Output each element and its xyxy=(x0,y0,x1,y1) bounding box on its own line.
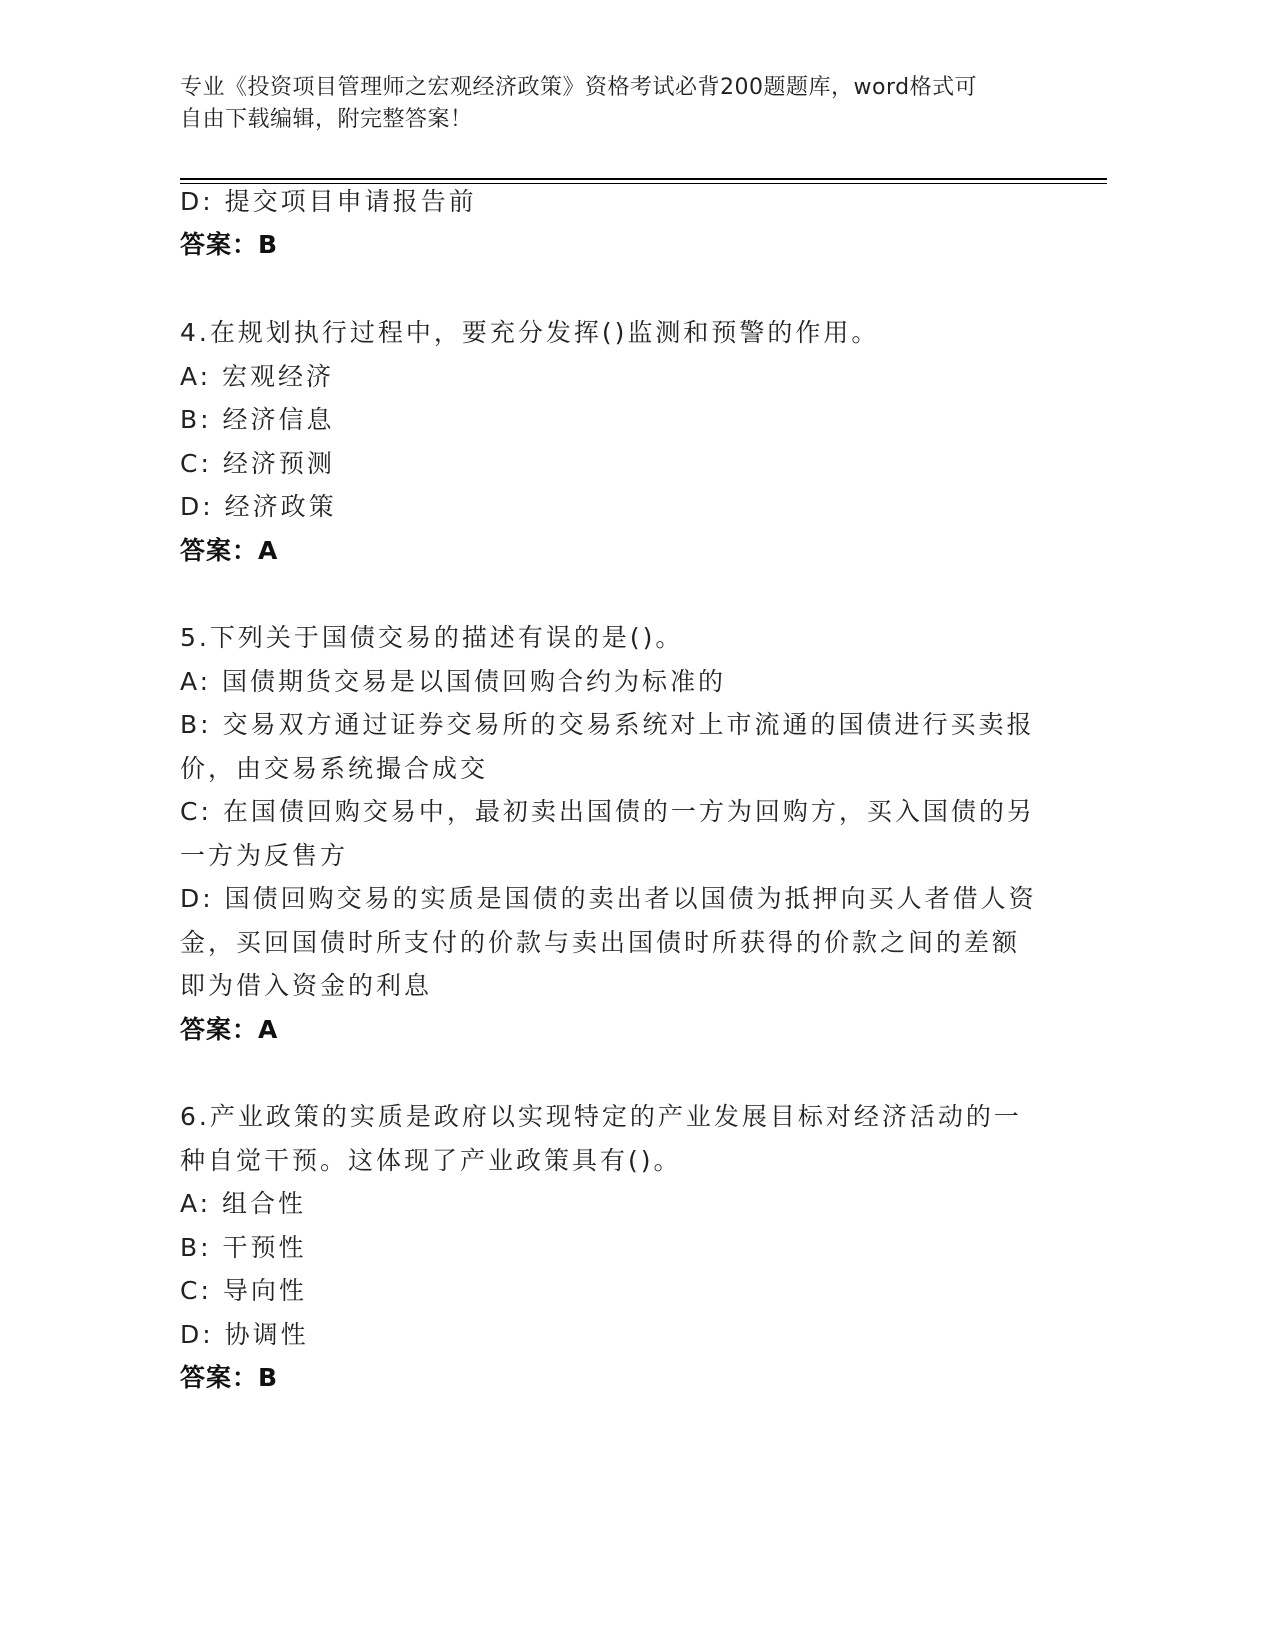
question-4-option-d: D: 经济政策 xyxy=(180,492,337,522)
question-5-option-a: A: 国债期货交易是以国债回购合约为标准的 xyxy=(180,667,726,697)
question-5-option-b-line1: B: 交易双方通过证券交易所的交易系统对上市流通的国债进行买卖报 xyxy=(180,710,1035,740)
option-d: D: 提交项目申请报告前 xyxy=(180,187,477,217)
answer-label: 答案：B xyxy=(180,230,278,260)
document-header: 专业《投资项目管理师之宏观经济政策》资格考试必背200题题库，word格式可 自… xyxy=(180,72,1040,136)
question-6-option-c: C: 导向性 xyxy=(180,1276,307,1306)
question-5-option-d-line1: D: 国债回购交易的实质是国债的卖出者以国债为抵押向买人者借人资 xyxy=(180,884,1037,914)
header-line-2: 自由下载编辑，附完整答案！ xyxy=(180,104,1040,136)
question-4-stem: 4.在规划执行过程中，要充分发挥()监测和预警的作用。 xyxy=(180,318,879,348)
question-6-stem-line1: 6.产业政策的实质是政府以实现特定的产业发展目标对经济活动的一 xyxy=(180,1102,1022,1132)
question-5-answer: 答案：A xyxy=(180,1015,278,1045)
question-5-option-b-line2: 价，由交易系统撮合成交 xyxy=(180,754,488,784)
question-6-stem-line2: 种自觉干预。这体现了产业政策具有()。 xyxy=(180,1146,682,1176)
question-6-answer: 答案：B xyxy=(180,1363,278,1393)
question-6-option-d: D: 协调性 xyxy=(180,1320,309,1350)
question-4-option-c: C: 经济预测 xyxy=(180,449,335,479)
question-6-option-a: A: 组合性 xyxy=(180,1189,306,1219)
question-5-option-c-line2: 一方为反售方 xyxy=(180,841,348,871)
question-4-answer: 答案：A xyxy=(180,536,278,566)
question-4-option-b: B: 经济信息 xyxy=(180,405,335,435)
question-6-option-b: B: 干预性 xyxy=(180,1233,307,1263)
header-divider-thick xyxy=(180,178,1107,180)
question-5-option-d-line3: 即为借入资金的利息 xyxy=(180,971,432,1001)
header-divider-thin xyxy=(180,183,1107,184)
question-5-option-c-line1: C: 在国债回购交易中，最初卖出国债的一方为回购方，买入国债的另 xyxy=(180,797,1035,827)
header-line-1: 专业《投资项目管理师之宏观经济政策》资格考试必背200题题库，word格式可 xyxy=(180,72,1040,104)
question-5-stem: 5.下列关于国债交易的描述有误的是()。 xyxy=(180,623,683,653)
question-5-option-d-line2: 金，买回国债时所支付的价款与卖出国债时所获得的价款之间的差额 xyxy=(180,928,1020,958)
question-4-option-a: A: 宏观经济 xyxy=(180,362,334,392)
